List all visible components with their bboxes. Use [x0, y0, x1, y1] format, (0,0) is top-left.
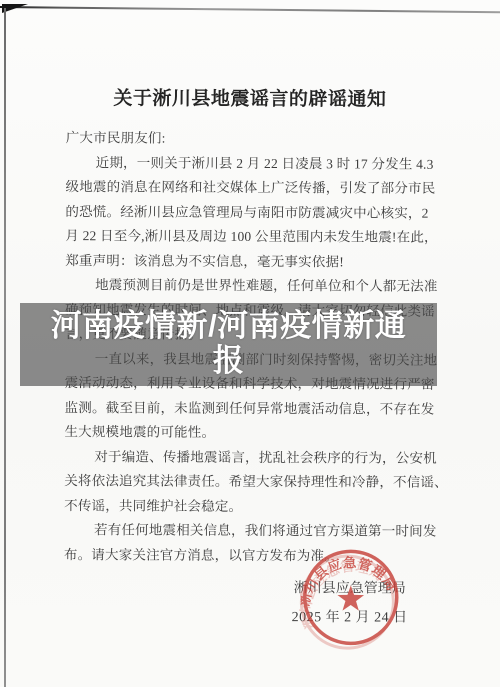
body-line: 关将依法追究其法律责任。希望大家保持理性和冷静，不信谣、: [64, 469, 438, 495]
body-line: 的恐慌。经淅川县应急管理局与南阳市防震减灾中心核实，2: [65, 200, 439, 226]
body-line: 级地震的消息在网络和社交媒体上广泛传播，引发了部分市民: [65, 175, 439, 201]
stamp-star-icon: [337, 585, 364, 610]
document-title: 关于淅川县地震谣言的辟谣通知: [0, 83, 500, 112]
body-line: 对于编造、传播地震谣言，扰乱社会秩序的行为，公安机: [64, 445, 438, 471]
body-line: 月 22 日至今,淅川县及周边 100 公里范围内未发生地震!在此，: [65, 224, 439, 250]
watermark-text-line1: 河南疫情新/河南疫情新通: [20, 308, 437, 343]
salutation: 广大市民朋友们:: [66, 126, 440, 152]
body-line: 监测。截至目前，未监测到任何异常地震活动信息，不存在发: [65, 396, 439, 422]
body-line: 近期，一则关于淅川县 2 月 22 日凌晨 3 时 17 分发生 4.3: [66, 151, 440, 177]
official-stamp: 淅川县应急管理局 淅川县应急管理局: [301, 547, 401, 647]
watermark-band: 河南疫情新/河南疫情新通 报: [20, 303, 437, 386]
stamp-seal: 淅川县应急管理局: [301, 547, 401, 647]
body-line: 生大规模地震的可能性。: [64, 420, 438, 446]
watermark-text-line2: 报: [20, 343, 437, 378]
body-line: 地震预测目前仍是世界性难题，任何单位和个人都无法准: [65, 273, 439, 299]
body-line: 郑重声明：该消息为不实信息，毫无事实依据!: [65, 249, 439, 275]
photographed-document-page: 关于淅川县地震谣言的辟谣通知 广大市民朋友们: 近期，一则关于淅川县 2 月 2…: [0, 0, 500, 687]
body-line: 若有任何地震相关信息，我们将通过官方渠道第一时间发: [64, 518, 438, 544]
body-line: 不传谣，共同维护社会稳定。: [64, 494, 438, 520]
